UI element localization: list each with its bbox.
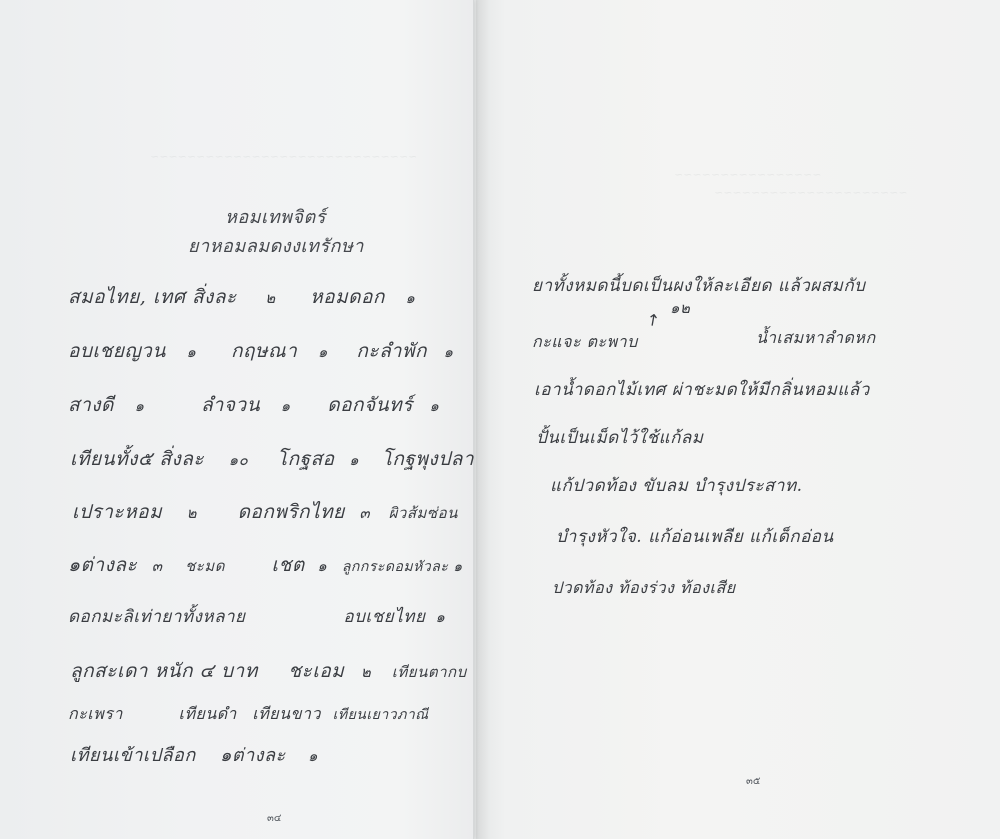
instruction-line: เอาน้ำดอกไม้เทศ ผ่าชะมดให้มีกลิ่นหอมแล้ว [534,376,870,403]
quantity-mark: ๑ [134,397,144,415]
ingredient-line: เทียนเข้าเปลือก ๑ต่างละ ๑ [70,740,318,769]
instruction-line: น้ำเสมหาลำดหก [756,326,876,351]
right-page: ~~~~~~~~~~~~~~~~ ~~~~~~~~~~~~~~~~~~~~~ ย… [474,0,1000,839]
left-page: ~~~~~~~~~~~~~~~~~~~~~~~~~~~~~ หอมเทพจิตร… [0,0,474,839]
ingredient-line: เทียนทั้ง๕ สิ่งละ ๑๐ โกฐสอ ๑ โกฐพุงปลา [70,444,474,474]
instruction-line: ปั้นเป็นเม็ดไว้ใช้แก้ลม [536,424,704,451]
bleed-through-text: ~~~~~~~~~~~~~~~~~~~~~ [714,186,908,199]
ingredient-line: สมอไทย, เทศ สิ่งละ ๒ หอมดอก ๑ [68,282,415,312]
quantity-mark: ๒ [265,289,275,307]
quantity-mark: ๑ [435,608,445,626]
quantity-mark: ๑ [186,343,196,361]
bleed-through-text: ~~~~~~~~~~~~~~~~~~~~~~~~~~~~~ [150,150,417,163]
quantity-mark: ๑ [429,397,439,415]
quantity-mark: ๑ [405,289,415,307]
quantity-mark: ๒ [187,504,197,522]
instruction-line: ปวดท้อง ท้องร่วง ท้องเสีย [552,576,736,601]
quantity-mark: ๑ [308,747,318,765]
quantity-mark: ๑๐ [229,451,249,469]
quantity-mark: ๑ [349,451,359,469]
ingredient-line: สางดี ๑ ลำจวน ๑ ดอกจันทร์ ๑ [68,390,439,420]
ingredient-line: ๑ต่างละ ๓ ชะมด เชต ๑ ลูกกระดอมหัวละ ๑ [68,550,463,580]
quantity-mark: ๓ [359,504,370,522]
quantity-mark: ๑ [317,557,327,575]
ingredient-line: ลูกสะเดา หนัก ๔ บาท ชะเอม ๒ เทียนตากบ [70,656,467,686]
instruction-line: บำรุงหัวใจ. แก้อ่อนเพลีย แก้เด็กอ่อน [556,523,834,550]
page-number-right: ๓๕ [746,774,760,789]
ingredient-line: ดอกมะลิเท่ายาทั้งหลาย อบเชยไทย ๑ [68,603,445,630]
instruction-line: กะแจะ ตะพาบ [532,330,638,355]
ingredient-line: กะเพรา เทียนดำ เทียนขาว เทียนเยาวภาณี [68,702,429,727]
quantity-mark: ๑ [444,343,454,361]
instruction-line: ยาทั้งหมดนี้บดเป็นผงให้ละเอียด แล้วผสมกั… [532,272,865,299]
page-number-left: ๓๔ [267,811,281,826]
book-gutter [476,0,490,839]
instruction-line: แก้ปวดท้อง ขับลม บำรุงประสาท. [550,472,803,499]
quantity-mark: ๓ [152,557,163,575]
quantity-mark: ๑ [281,397,291,415]
open-book: ~~~~~~~~~~~~~~~~~~~~~~~~~~~~~ หอมเทพจิตร… [0,0,1000,839]
ingredient-line: เปราะหอม ๒ ดอกพริกไทย ๓ ผิวส้มซ่อน [72,497,458,527]
quantity-mark: ๒ [361,663,371,681]
ingredient-line: อบเชยญวน ๑ กฤษณา ๑ กะลำพัก ๑ [68,336,454,366]
insertion-arrow-icon: ↗ [642,308,664,331]
recipe-title: หอมเทพจิตร์ [225,202,326,231]
quantity-mark: ๑ [318,343,328,361]
recipe-subtitle: ยาหอมลมดงงเทรักษา [188,231,364,260]
interline-note: ๑๒ [670,296,690,320]
bleed-through-text: ~~~~~~~~~~~~~~~~ [674,168,821,181]
